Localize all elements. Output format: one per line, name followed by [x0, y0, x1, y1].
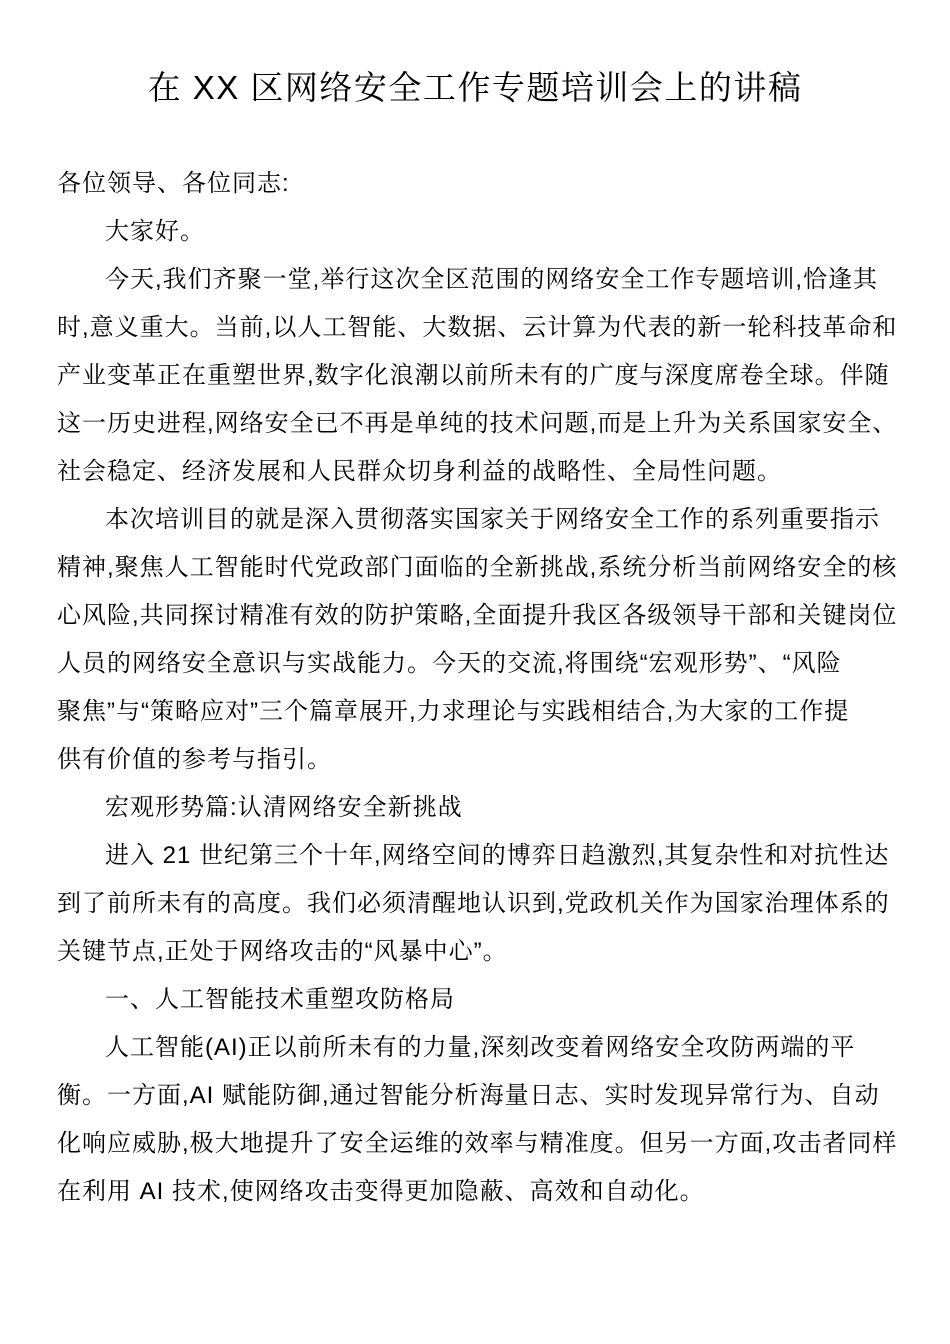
text-line: 这一历史进程,网络安全已不再是单纯的技术问题,而是上升为关系国家安全、	[57, 400, 893, 448]
text-line: 心风险,共同探讨精准有效的防护策略,全面提升我区各级领导干部和关键岗位	[57, 592, 893, 640]
text-line: 产业变革正在重塑世界,数字化浪潮以前所未有的广度与深度席卷全球。伴随	[57, 352, 893, 400]
text-line: 大家好。	[57, 208, 893, 256]
document-title: 在 XX 区网络安全工作专题培训会上的讲稿	[57, 56, 893, 120]
text-line: 进入 21 世纪第三个十年,网络空间的博弈日趋激烈,其复杂性和对抗性达	[57, 832, 893, 880]
document-body: 各位领导、各位同志:大家好。今天,我们齐聚一堂,举行这次全区范围的网络安全工作专…	[57, 160, 893, 1216]
text-line: 到了前所未有的高度。我们必须清醒地认识到,党政机关作为国家治理体系的	[57, 880, 893, 928]
text-line: 宏观形势篇:认清网络安全新挑战	[57, 784, 893, 832]
text-line: 人员的网络安全意识与实战能力。今天的交流,将围绕“宏观形势”、“风险	[57, 640, 893, 688]
text-line: 本次培训目的就是深入贯彻落实国家关于网络安全工作的系列重要指示	[57, 496, 893, 544]
text-line: 各位领导、各位同志:	[57, 160, 893, 208]
text-line: 化响应威胁,极大地提升了安全运维的效率与精准度。但另一方面,攻击者同样	[57, 1120, 893, 1168]
text-line: 今天,我们齐聚一堂,举行这次全区范围的网络安全工作专题培训,恰逢其	[57, 256, 893, 304]
text-line: 衡。一方面,AI 赋能防御,通过智能分析海量日志、实时发现异常行为、自动	[57, 1072, 893, 1120]
text-line: 社会稳定、经济发展和人民群众切身利益的战略性、全局性问题。	[57, 448, 893, 496]
text-line: 供有价值的参考与指引。	[57, 736, 893, 784]
text-line: 时,意义重大。当前,以人工智能、大数据、云计算为代表的新一轮科技革命和	[57, 304, 893, 352]
text-line: 关键节点,正处于网络攻击的“风暴中心”。	[57, 928, 893, 976]
document-page: 在 XX 区网络安全工作专题培训会上的讲稿 各位领导、各位同志:大家好。今天,我…	[0, 0, 950, 1344]
text-line: 在利用 AI 技术,使网络攻击变得更加隐蔽、高效和自动化。	[57, 1168, 893, 1216]
text-line: 一、人工智能技术重塑攻防格局	[57, 976, 893, 1024]
text-line: 精神,聚焦人工智能时代党政部门面临的全新挑战,系统分析当前网络安全的核	[57, 544, 893, 592]
text-line: 聚焦”与“策略应对”三个篇章展开,力求理论与实践相结合,为大家的工作提	[57, 688, 893, 736]
text-line: 人工智能(AI)正以前所未有的力量,深刻改变着网络安全攻防两端的平	[57, 1024, 893, 1072]
